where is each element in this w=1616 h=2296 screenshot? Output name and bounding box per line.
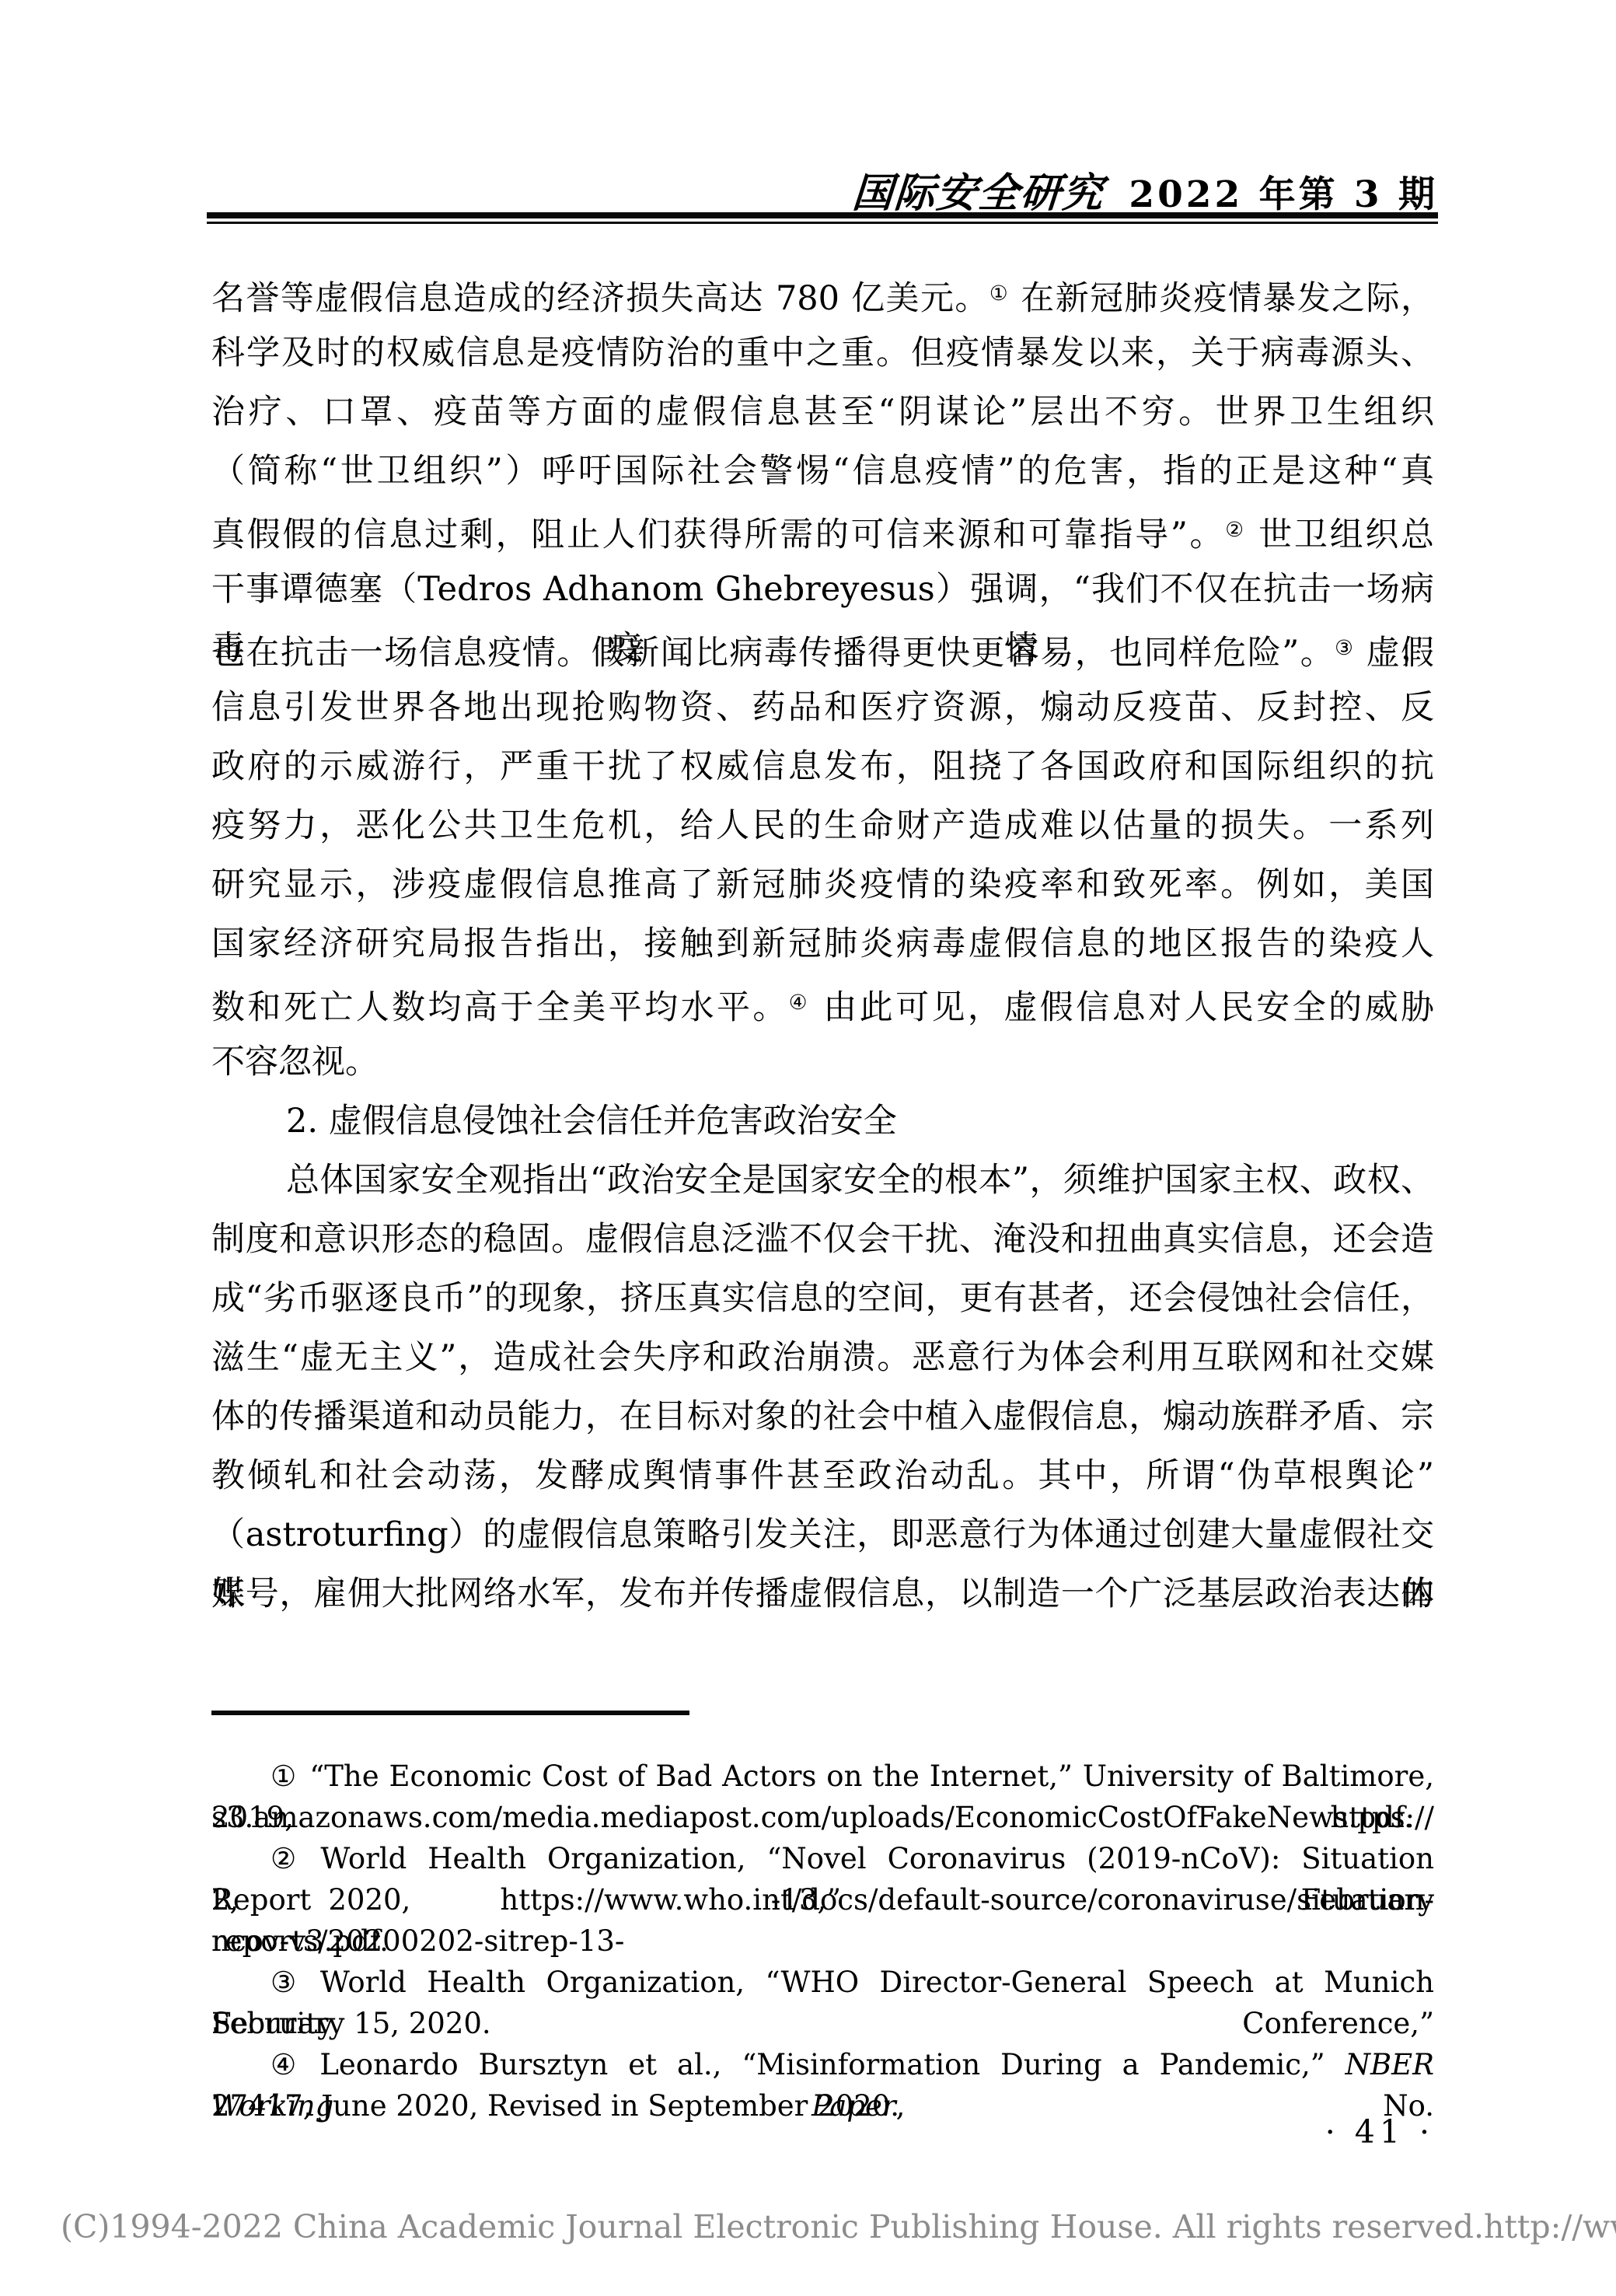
footnote-line: ④Leonardo Bursztyn et al., “Misinformati… (211, 2044, 1434, 2085)
footnote-marker: ① (989, 281, 1009, 306)
page-header: 国际安全研究 2022 年第 3 期 (207, 160, 1438, 218)
body-text-line: 数和死亡人数均高于全美平均水平。④ 由此可见，虚假信息对人民安全的威胁 (211, 973, 1434, 1033)
body-text-line: 信息引发世界各地出现抢购物资、药品和医疗资源，煽动反疫苗、反封控、反 (211, 678, 1434, 737)
body-text-line: 也在抗击一场信息疫情。假新闻比病毒传播得更快更容易，也同样危险”。③ 虚假 (211, 619, 1434, 678)
body-text-line: 名誉等虚假信息造成的经济损失高达 780 亿美元。① 在新冠肺炎疫情暴发之际， (211, 264, 1434, 323)
footnote-line: ②World Health Organization, “Novel Coron… (211, 1838, 1434, 1879)
footnote-marker: ④ (789, 991, 810, 1015)
body-text-line: 真假假的信息过剩，阻止人们获得所需的可信来源和可靠指导”。② 世卫组织总 (211, 501, 1434, 560)
body-text-line: 科学及时的权威信息是疫情防治的重中之重。但疫情暴发以来，关于病毒源头、 (211, 323, 1434, 383)
copyright-bar: (C)1994-2022 China Academic Journal Elec… (61, 2208, 1597, 2245)
footnote-number: ③ (270, 1966, 308, 1999)
body-text-line: 国家经济研究局报告指出，接触到新冠肺炎病毒虚假信息的地区报告的染疫人 (211, 914, 1434, 973)
footnote-separator (211, 1711, 689, 1715)
body-text-line: 账号，雇佣大批网络水军，发布并传播虚假信息，以制造一个广泛基层政治表达的 (211, 1564, 1434, 1623)
body-text-line: 政府的示威游行，严重干扰了权威信息发布，阻挠了各国政府和国际组织的抗 (211, 737, 1434, 796)
footnote-line: ①“The Economic Cost of Bad Actors on the… (211, 1756, 1434, 1797)
body-text-line: 干事谭德塞（Tedros Adhanom Ghebreyesus）强调，“我们不… (211, 560, 1434, 619)
footnote-number: ① (270, 1760, 297, 1793)
body-text-line: 治疗、口罩、疫苗等方面的虚假信息甚至“阴谋论”层出不穷。世界卫生组织 (211, 383, 1434, 442)
body-text-line: （简称“世卫组织”）呼吁国际社会警惕“信息疫情”的危害，指的正是这种“真 (211, 442, 1434, 501)
body-text-line: 2. 虚假信息侵蚀社会信任并危害政治安全 (211, 1092, 1434, 1151)
article-body: 名誉等虚假信息造成的经济损失高达 780 亿美元。① 在新冠肺炎疫情暴发之际，科… (211, 264, 1434, 1623)
body-text-line: 体的传播渠道和动员能力，在目标对象的社会中植入虚假信息，煽动族群矛盾、宗 (211, 1387, 1434, 1446)
footnote-line: ③World Health Organization, “WHO Directo… (211, 1962, 1434, 2003)
body-text-line: 总体国家安全观指出“政治安全是国家安全的根本”，须维护国家主权、政权、 (211, 1151, 1434, 1210)
body-text-line: 不容忽视。 (211, 1033, 1434, 1092)
journal-page: 国际安全研究 2022 年第 3 期 名誉等虚假信息造成的经济损失高达 780 … (0, 0, 1616, 2296)
copyright-text: (C)1994-2022 China Academic Journal Elec… (61, 2208, 1484, 2245)
page-number: · 41 · (211, 2113, 1434, 2151)
journal-title: 国际安全研究 (851, 160, 1107, 218)
footnote-marker: ③ (1335, 636, 1354, 660)
footnotes: ①“The Economic Cost of Bad Actors on the… (211, 1756, 1434, 2127)
body-text-line: 教倾轧和社会动荡，发酵成舆情事件甚至政治动乱。其中，所谓“伪草根舆论” (211, 1446, 1434, 1505)
body-text-line: （astroturfing）的虚假信息策略引发关注，即恶意行为体通过创建大量虚假… (211, 1505, 1434, 1564)
cnki-url: http://www.cnki.net (1484, 2208, 1616, 2245)
footnote-marker: ② (1225, 518, 1246, 542)
footnote-line: 2, 2020, https://www.who.int/docs/defaul… (211, 1879, 1434, 1920)
header-rule-thin (207, 222, 1438, 224)
body-text-line: 疫努力，恶化公共卫生危机，给人民的生命财产造成难以估量的损失。一系列 (211, 796, 1434, 855)
footnote-line: s3.amazonaws.com/media.mediapost.com/upl… (211, 1797, 1434, 1838)
body-text-line: 研究显示，涉疫虚假信息推高了新冠肺炎疫情的染疫率和致死率。例如，美国 (211, 855, 1434, 914)
footnote-number: ④ (270, 2048, 307, 2081)
body-text-line: 制度和意识形态的稳固。虚假信息泛滥不仅会干扰、淹没和扭曲真实信息，还会造 (211, 1210, 1434, 1269)
body-text-line: 成“劣币驱逐良币”的现象，挤压真实信息的空间，更有甚者，还会侵蚀社会信任， (211, 1269, 1434, 1328)
journal-issue: 2022 年第 3 期 (1129, 166, 1438, 218)
body-text-line: 滋生“虚无主义”，造成社会失序和政治崩溃。恶意行为体会利用互联网和社交媒 (211, 1328, 1434, 1387)
header-rule-thick (207, 212, 1438, 218)
footnote-number: ② (270, 1842, 308, 1875)
